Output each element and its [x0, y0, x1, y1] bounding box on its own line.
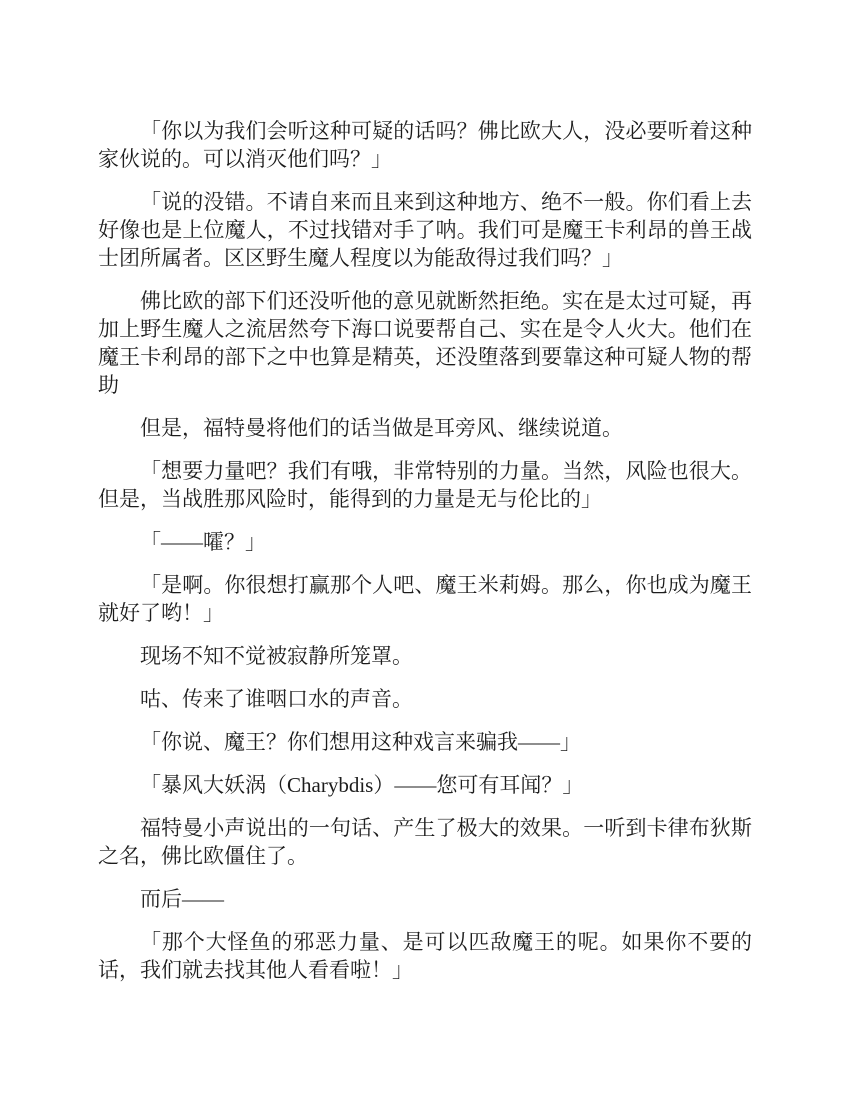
- paragraph: 「是啊。你很想打赢那个人吧、魔王米莉姆。那么，你也成为魔王就好了哟！」: [98, 571, 752, 627]
- paragraph: 「你以为我们会听这种可疑的话吗？佛比欧大人，没必要听着这种家伙说的。可以消灭他们…: [98, 117, 752, 173]
- paragraph: 佛比欧的部下们还没听他的意见就断然拒绝。实在是太过可疑，再加上野生魔人之流居然夸…: [98, 287, 752, 399]
- paragraph: 「暴风大妖涡（Charybdis）——您可有耳闻？」: [98, 771, 752, 799]
- paragraph: 咕、传来了谁咽口水的声音。: [98, 685, 752, 713]
- text-block: 「你以为我们会听这种可疑的话吗？佛比欧大人，没必要听着这种家伙说的。可以消灭他们…: [98, 117, 752, 999]
- document-page: 「你以为我们会听这种可疑的话吗？佛比欧大人，没必要听着这种家伙说的。可以消灭他们…: [0, 0, 850, 1100]
- paragraph: 福特曼小声说出的一句话、产生了极大的效果。一听到卡律布狄斯之名，佛比欧僵住了。: [98, 814, 752, 870]
- paragraph: 「——嚯？」: [98, 528, 752, 556]
- paragraph: 「你说、魔王？你们想用这种戏言来骗我——」: [98, 728, 752, 756]
- paragraph: 「说的没错。不请自来而且来到这种地方、绝不一般。你们看上去好像也是上位魔人，不过…: [98, 188, 752, 272]
- paragraph: 「那个大怪鱼的邪恶力量、是可以匹敌魔王的呢。如果你不要的话，我们就去找其他人看看…: [98, 928, 752, 984]
- paragraph: 「想要力量吧？我们有哦，非常特别的力量。当然，风险也很大。但是，当战胜那风险时，…: [98, 457, 752, 513]
- paragraph: 但是，福特曼将他们的话当做是耳旁风、继续说道。: [98, 414, 752, 442]
- paragraph: 而后——: [98, 885, 752, 913]
- paragraph: 现场不知不觉被寂静所笼罩。: [98, 642, 752, 670]
